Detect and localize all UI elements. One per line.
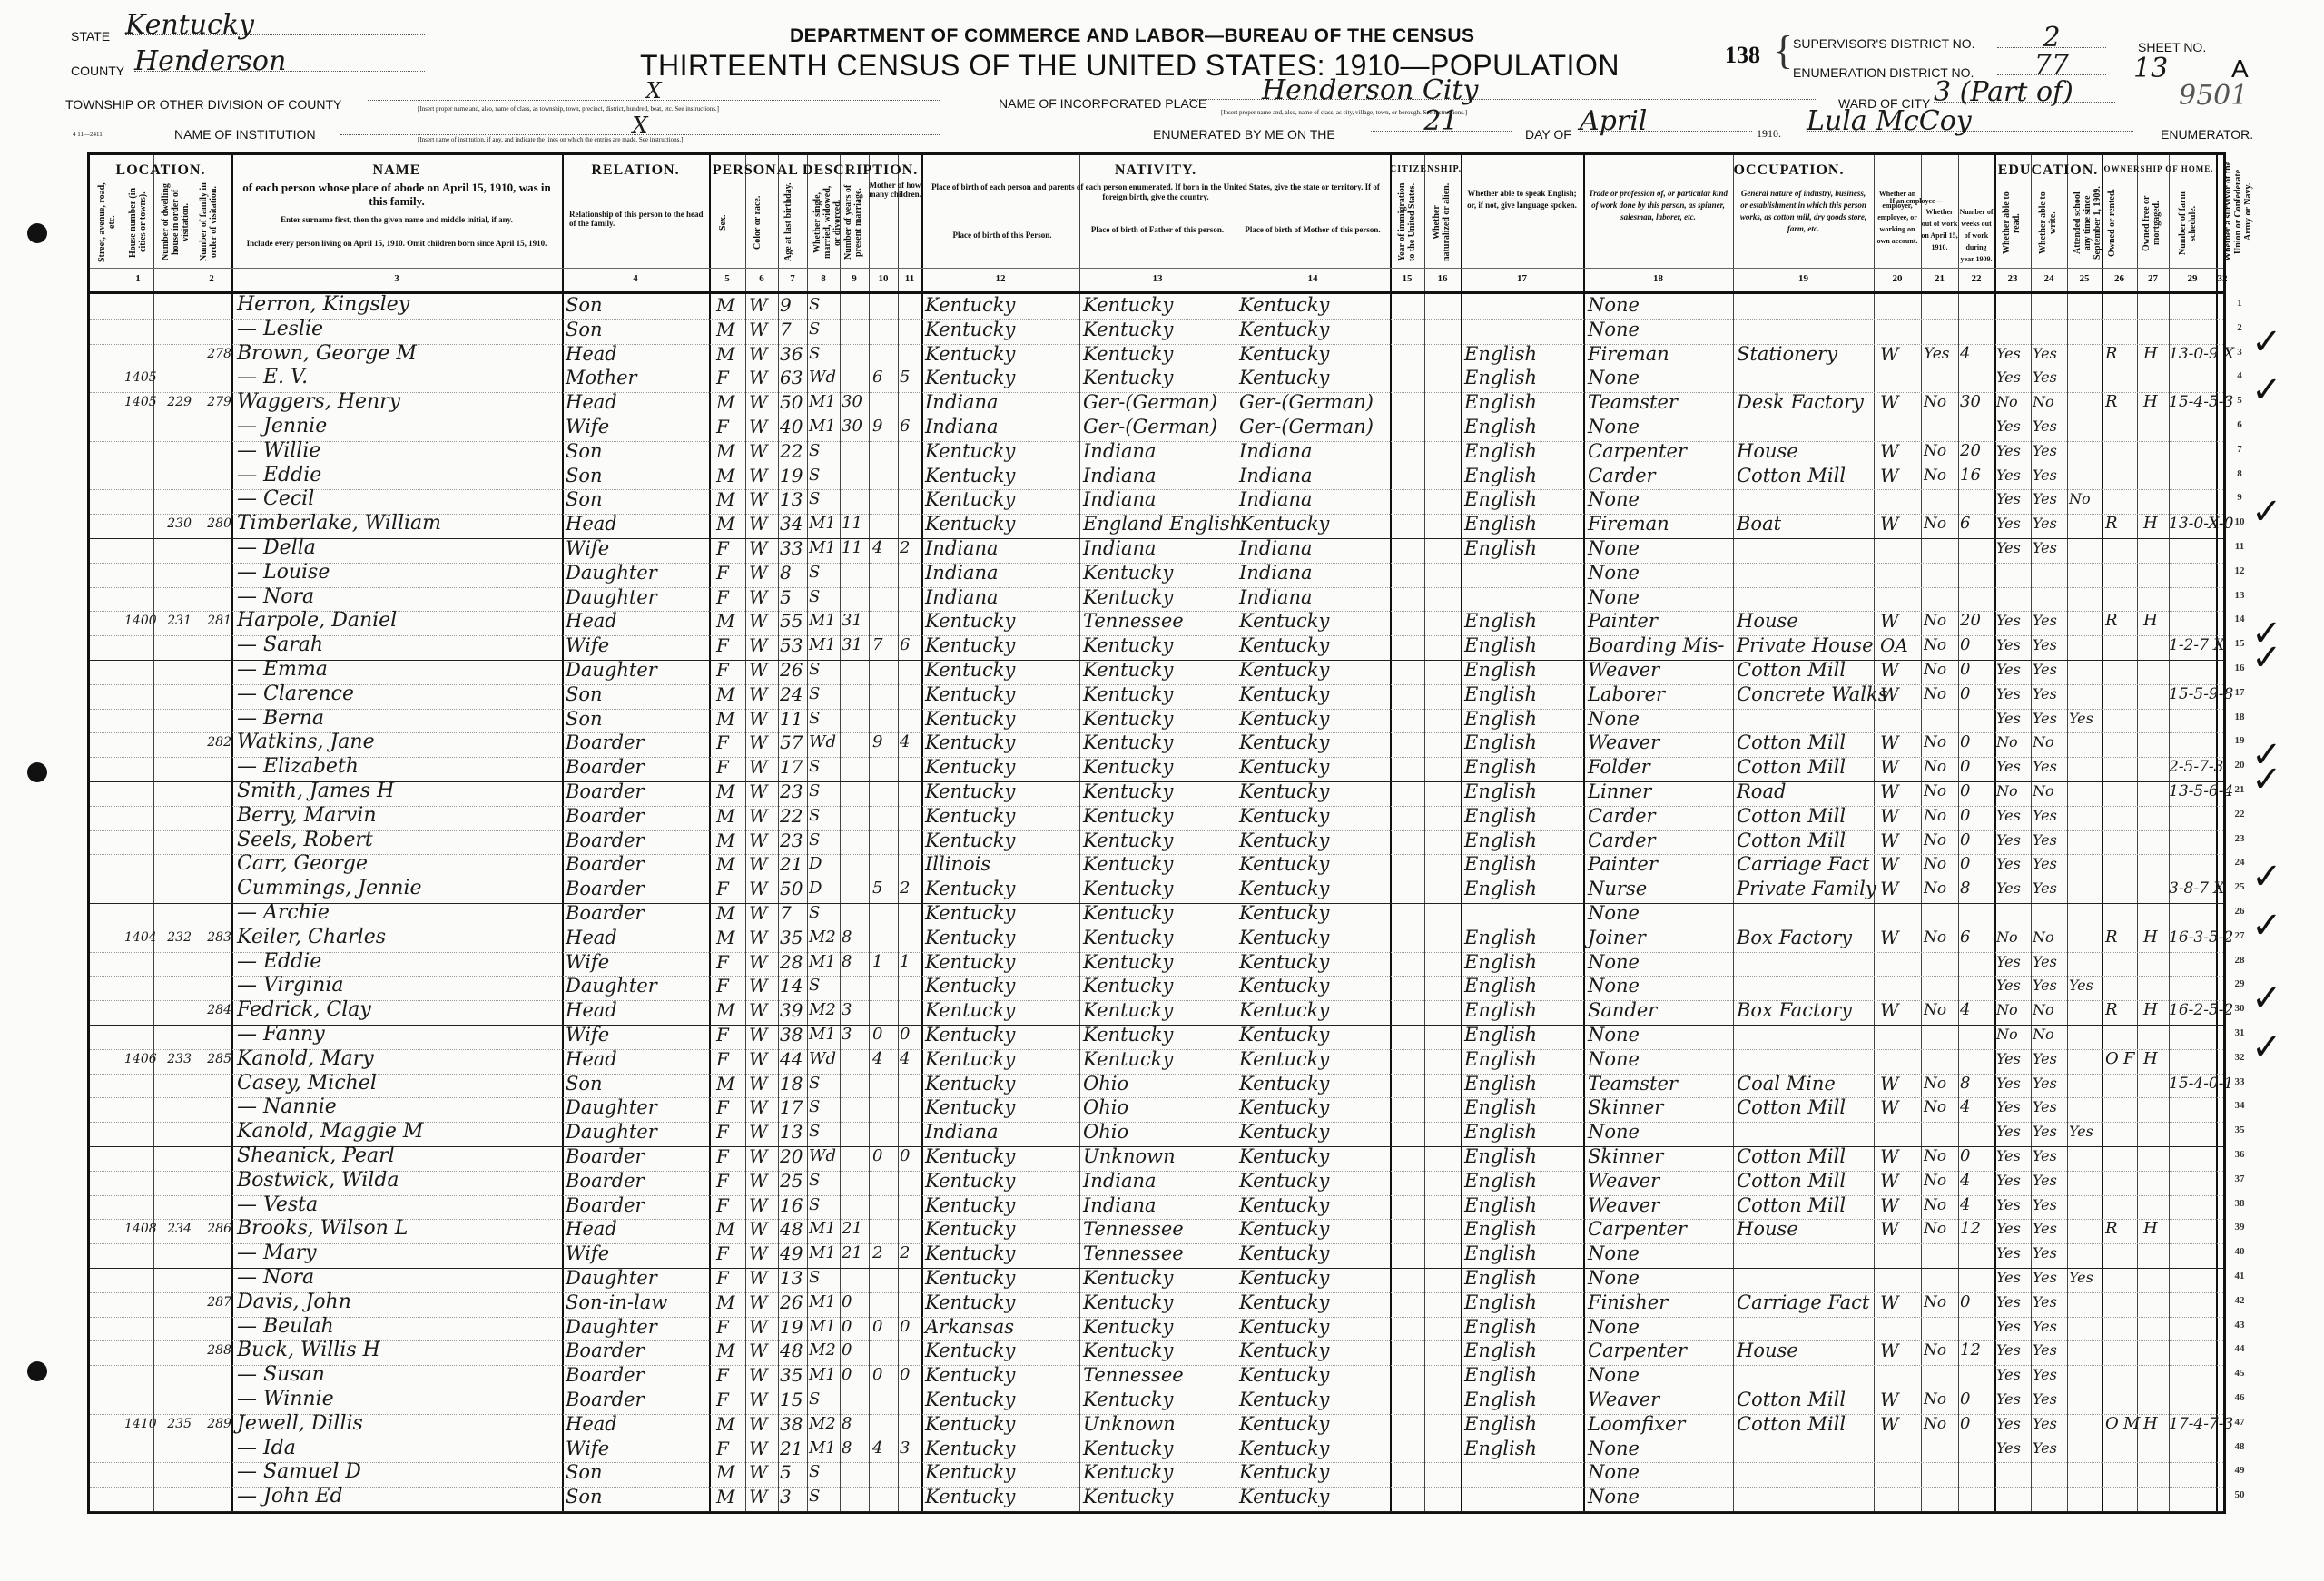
marital-status-cell: D	[809, 877, 838, 900]
day-of-label: DAY OF	[1525, 127, 1571, 142]
relation-cell: Wife	[566, 1437, 707, 1460]
father-birthplace-cell: Unknown	[1083, 1144, 1236, 1168]
employer-cell: W	[1880, 1169, 1920, 1193]
place-label: NAME OF INCORPORATED PLACE	[999, 96, 1206, 111]
check-mark-icon: ✓	[2251, 637, 2282, 679]
col9-label: Number of years of present marriage.	[843, 182, 863, 262]
read-cell: Yes	[1996, 1412, 2031, 1436]
sex-cell: M	[716, 318, 743, 341]
race-cell: W	[749, 390, 776, 414]
name-cell: — Sarah	[237, 633, 560, 657]
birthplace-cell: Indiana	[925, 390, 1079, 414]
race-cell: W	[749, 1460, 776, 1484]
write-cell: Yes	[2033, 1144, 2067, 1168]
employer-cell: W	[1880, 1193, 1920, 1217]
father-birthplace-cell: Kentucky	[1083, 852, 1236, 876]
sex-cell: F	[716, 1193, 743, 1217]
col6-label: Color or race.	[753, 182, 763, 262]
occupation-cell: Sander	[1588, 998, 1733, 1022]
write-cell: Yes	[2033, 1412, 2067, 1436]
children-living-cell: 1	[900, 950, 921, 974]
birthplace-cell: Kentucky	[925, 487, 1079, 511]
race-cell: W	[749, 950, 776, 974]
line-number: 16	[2229, 663, 2250, 673]
out-of-work-cell: No	[1924, 1095, 1958, 1119]
marital-status-cell: M1	[809, 633, 838, 657]
name-cell: — Leslie	[237, 318, 560, 341]
read-cell: Yes	[1996, 658, 2031, 682]
name-cell: — Mary	[237, 1242, 560, 1265]
weeks-out-cell: 6	[1960, 926, 1993, 949]
out-of-work-cell: No	[1924, 1193, 1958, 1217]
english-cell: English	[1464, 415, 1582, 438]
birthplace-cell: Kentucky	[925, 877, 1079, 900]
birthplace-cell: Kentucky	[925, 609, 1079, 633]
employer-cell: W	[1880, 780, 1920, 803]
age-cell: 48	[780, 1217, 807, 1241]
age-cell: 17	[780, 755, 807, 779]
line-number: 9	[2229, 492, 2250, 503]
children-born-cell: 0	[872, 1023, 896, 1046]
line-number: 29	[2229, 978, 2250, 989]
occupation-cell: Weaver	[1588, 1193, 1733, 1217]
mother-desc: Mother of how many children.	[869, 181, 921, 199]
race-cell: W	[749, 707, 776, 731]
age-cell: 22	[780, 439, 807, 463]
sex-cell: F	[716, 731, 743, 754]
line-number: 18	[2229, 712, 2250, 722]
sex-cell: M	[716, 293, 743, 317]
occupation-cell: None	[1588, 1047, 1733, 1071]
out-of-work-cell: No	[1924, 780, 1958, 803]
mother-birthplace-cell: Kentucky	[1239, 633, 1390, 657]
read-cell: No	[1996, 780, 2031, 803]
father-birthplace-cell: Kentucky	[1083, 974, 1236, 997]
years-married-cell: 21	[842, 1217, 867, 1241]
col-number: 3	[231, 273, 562, 284]
industry-cell: Cotton Mill	[1737, 1193, 1873, 1217]
line-number: 20	[2229, 760, 2250, 771]
relation-cell: Daughter	[566, 1120, 707, 1144]
industry-cell: Cotton Mill	[1737, 1412, 1873, 1436]
mother-birthplace-cell: Kentucky	[1239, 1169, 1390, 1193]
birthplace-cell: Indiana	[925, 585, 1079, 609]
age-cell: 7	[780, 901, 807, 925]
marital-status-cell: Wd	[809, 366, 838, 389]
read-cell: Yes	[1996, 755, 2031, 779]
mother-birthplace-cell: Kentucky	[1239, 829, 1390, 852]
family-number-cell: 281	[193, 609, 231, 633]
birthplace-cell: Indiana	[925, 561, 1079, 584]
name-cell: — Louise	[237, 561, 560, 584]
marital-status-cell: S	[809, 1485, 838, 1508]
birthplace-cell: Kentucky	[925, 998, 1079, 1022]
col-number: 24	[2031, 273, 2067, 284]
english-cell: English	[1464, 1169, 1582, 1193]
name-cell: — Willie	[237, 439, 560, 463]
marital-status-cell: S	[809, 585, 838, 609]
col30-label: Whether a survivor of the Union or Confe…	[2223, 161, 2253, 262]
birthplace-cell: Kentucky	[925, 1169, 1079, 1193]
race-cell: W	[749, 780, 776, 803]
col17-label: Whether able to speak English; or, if no…	[1465, 188, 1579, 211]
age-cell: 3	[780, 1485, 807, 1508]
age-cell: 20	[780, 1144, 807, 1168]
mother-birthplace-cell: Indiana	[1239, 464, 1390, 487]
write-cell: Yes	[2033, 1315, 2067, 1339]
school-cell: No	[2069, 487, 2102, 511]
institution-value: X	[340, 113, 940, 135]
mother-birthplace-cell: Kentucky	[1239, 901, 1390, 925]
mother-birthplace-cell: Indiana	[1239, 561, 1390, 584]
english-cell: English	[1464, 1072, 1582, 1095]
sex-cell: F	[716, 415, 743, 438]
mother-birthplace-cell: Ger-(German)	[1239, 390, 1390, 414]
col16-label: Whether naturalized or alien.	[1432, 182, 1452, 262]
write-cell: No	[2033, 926, 2067, 949]
sex-cell: M	[716, 342, 743, 366]
write-cell: Yes	[2033, 829, 2067, 852]
dwelling-number-cell: 234	[155, 1217, 192, 1241]
age-cell: 55	[780, 609, 807, 633]
birthplace-cell: Kentucky	[925, 1144, 1079, 1168]
birthplace-cell: Kentucky	[925, 1266, 1079, 1290]
name-cell: Harpole, Daniel	[237, 609, 560, 633]
write-cell: No	[2033, 731, 2067, 754]
line-number: 6	[2229, 419, 2250, 430]
name-cell: — Fanny	[237, 1023, 560, 1046]
write-cell: Yes	[2033, 852, 2067, 876]
sex-cell: M	[716, 439, 743, 463]
mother-birthplace-cell: Kentucky	[1239, 707, 1390, 731]
birthplace-cell: Kentucky	[925, 1072, 1079, 1095]
industry-cell: House	[1737, 1217, 1873, 1241]
occupation-cell: None	[1588, 901, 1733, 925]
age-cell: 23	[780, 829, 807, 852]
sex-cell: F	[716, 1047, 743, 1071]
family-number-cell: 278	[193, 342, 231, 366]
name-cell: — Archie	[237, 901, 560, 925]
marital-status-cell: M1	[809, 536, 838, 560]
marital-status-cell: S	[809, 804, 838, 828]
employer-cell: W	[1880, 682, 1920, 706]
birthplace-cell: Kentucky	[925, 633, 1079, 657]
relation-cell: Son	[566, 318, 707, 341]
relation-cell: Head	[566, 1217, 707, 1241]
sex-cell: F	[716, 950, 743, 974]
occupation-cell: None	[1588, 1315, 1733, 1339]
years-married-cell: 31	[842, 609, 867, 633]
col20-label: Whether an employer, employee, or workin…	[1876, 188, 1919, 247]
occupation-cell: Fireman	[1588, 342, 1733, 366]
race-cell: W	[749, 1217, 776, 1241]
name-cell: Buck, Willis H	[237, 1339, 560, 1362]
sex-cell: F	[716, 755, 743, 779]
english-cell: English	[1464, 512, 1582, 535]
years-married-cell: 31	[842, 633, 867, 657]
employer-cell: W	[1880, 998, 1920, 1022]
occupation-cell: Weaver	[1588, 1169, 1733, 1193]
family-number-cell: 279	[193, 390, 231, 414]
weeks-out-cell: 0	[1960, 1291, 1993, 1314]
age-cell: 57	[780, 731, 807, 754]
marital-status-cell: Wd	[809, 1047, 838, 1071]
father-birthplace-cell: Kentucky	[1083, 1047, 1236, 1071]
read-cell: Yes	[1996, 1437, 2031, 1460]
owned-rented-cell: R	[2105, 1217, 2132, 1241]
col-number: 23	[1994, 273, 2031, 284]
relation-cell: Son	[566, 293, 707, 317]
occupation-cell: None	[1588, 707, 1733, 731]
age-cell: 5	[780, 585, 807, 609]
father-birthplace-cell: Kentucky	[1083, 731, 1236, 754]
line-number: 49	[2229, 1465, 2250, 1476]
line-number: 42	[2229, 1295, 2250, 1306]
name-cell: — Elizabeth	[237, 755, 560, 779]
birthplace-cell: Kentucky	[925, 1023, 1079, 1046]
out-of-work-cell: No	[1924, 682, 1958, 706]
english-cell: English	[1464, 1217, 1582, 1241]
read-cell: Yes	[1996, 512, 2031, 535]
relation-cell: Daughter	[566, 1315, 707, 1339]
race-cell: W	[749, 1242, 776, 1265]
family-number-cell: 284	[193, 998, 231, 1022]
name-cell: Davis, John	[237, 1291, 560, 1314]
father-birthplace-cell: Kentucky	[1083, 658, 1236, 682]
english-cell: English	[1464, 926, 1582, 949]
occupation-cell: Carpenter	[1588, 1217, 1733, 1241]
line-number: 45	[2229, 1368, 2250, 1379]
weeks-out-cell: 0	[1960, 731, 1993, 754]
children-born-cell: 0	[872, 1315, 896, 1339]
marital-status-cell: S	[809, 342, 838, 366]
write-cell: Yes	[2033, 609, 2067, 633]
mother-birthplace-cell: Kentucky	[1239, 1144, 1390, 1168]
mother-birthplace-cell: Kentucky	[1239, 1266, 1390, 1290]
weeks-out-cell: 16	[1960, 464, 1993, 487]
enumerated-day: 21	[1371, 109, 1512, 132]
check-mark-icon: ✓	[2251, 1026, 2282, 1068]
age-cell: 26	[780, 658, 807, 682]
read-cell: No	[1996, 1023, 2031, 1046]
industry-cell: House	[1737, 439, 1873, 463]
relation-cell: Boarder	[566, 755, 707, 779]
read-cell: Yes	[1996, 1047, 2031, 1071]
age-cell: 26	[780, 1291, 807, 1314]
english-cell: English	[1464, 755, 1582, 779]
relation-cell: Son	[566, 487, 707, 511]
marital-status-cell: S	[809, 901, 838, 925]
industry-cell: Boat	[1737, 512, 1873, 535]
occupation-cell: Fireman	[1588, 512, 1733, 535]
relation-cell: Boarder	[566, 1144, 707, 1168]
age-cell: 23	[780, 780, 807, 803]
line-number: 7	[2229, 444, 2250, 455]
read-cell: Yes	[1996, 1291, 2031, 1314]
marital-status-cell: M1	[809, 1437, 838, 1460]
name-cell: — Ida	[237, 1437, 560, 1460]
english-cell: English	[1464, 1291, 1582, 1314]
write-cell: Yes	[2033, 707, 2067, 731]
read-cell: No	[1996, 731, 2031, 754]
relation-cell: Son	[566, 1072, 707, 1095]
race-cell: W	[749, 1169, 776, 1193]
race-cell: W	[749, 1437, 776, 1460]
write-cell: Yes	[2033, 512, 2067, 535]
name-cell: Cummings, Jennie	[237, 877, 560, 900]
children-living-cell: 0	[900, 1144, 921, 1168]
school-cell: Yes	[2069, 1266, 2102, 1290]
line-number: 39	[2229, 1222, 2250, 1232]
relation-cell: Boarder	[566, 1193, 707, 1217]
col1-label: House number (in cities or towns).	[128, 182, 148, 262]
occupation-cell: Carder	[1588, 804, 1733, 828]
industry-cell: Cotton Mill	[1737, 829, 1873, 852]
dwelling-number-cell: 230	[155, 512, 192, 535]
owned-rented-cell: R	[2105, 390, 2132, 414]
race-cell: W	[749, 1047, 776, 1071]
industry-cell: Cotton Mill	[1737, 804, 1873, 828]
sex-cell: F	[716, 1388, 743, 1411]
name-cell: — Beulah	[237, 1315, 560, 1339]
children-born-cell: 6	[872, 366, 896, 389]
read-cell: Yes	[1996, 1169, 2031, 1193]
line-number: 44	[2229, 1343, 2250, 1354]
col-number: 4	[562, 273, 709, 284]
race-cell: W	[749, 561, 776, 584]
age-cell: 38	[780, 1412, 807, 1436]
employer-cell: W	[1880, 390, 1920, 414]
race-cell: W	[749, 1363, 776, 1387]
weeks-out-cell: 0	[1960, 804, 1993, 828]
write-cell: Yes	[2033, 1291, 2067, 1314]
binder-hole	[27, 1361, 47, 1381]
employer-cell: W	[1880, 512, 1920, 535]
mother-birthplace-cell: Kentucky	[1239, 1095, 1390, 1119]
sex-cell: M	[716, 901, 743, 925]
birthplace-cell: Kentucky	[925, 439, 1079, 463]
sex-cell: M	[716, 1412, 743, 1436]
out-of-work-cell: No	[1924, 390, 1958, 414]
father-birthplace-cell: Kentucky	[1083, 1388, 1236, 1411]
name-cell: Casey, Michel	[237, 1072, 560, 1095]
race-cell: W	[749, 1412, 776, 1436]
state-value: Kentucky	[125, 13, 425, 35]
race-cell: W	[749, 609, 776, 633]
write-cell: Yes	[2033, 1169, 2067, 1193]
employer-cell: W	[1880, 755, 1920, 779]
line-number: 11	[2229, 541, 2250, 552]
children-born-cell: 2	[872, 1242, 896, 1265]
birthplace-cell: Kentucky	[925, 755, 1079, 779]
enumerator-name: Lula McCoy	[1807, 109, 2133, 132]
group-education: EDUCATION.	[1994, 162, 2102, 179]
race-cell: W	[749, 585, 776, 609]
line-number: 32	[2229, 1052, 2250, 1063]
marital-status-cell: M1	[809, 1023, 838, 1046]
name-cell: Kanold, Mary	[237, 1047, 560, 1071]
occupation-cell: Carder	[1588, 829, 1733, 852]
enumeration-value: 77	[1997, 53, 2106, 75]
out-of-work-cell: No	[1924, 1217, 1958, 1241]
mother-birthplace-cell: Indiana	[1239, 487, 1390, 511]
write-cell: Yes	[2033, 1242, 2067, 1265]
father-birthplace-cell: Kentucky	[1083, 633, 1236, 657]
occupation-cell: None	[1588, 366, 1733, 389]
age-cell: 63	[780, 366, 807, 389]
age-cell: 13	[780, 487, 807, 511]
nativity-desc: Place of birth of each person and parent…	[931, 182, 1381, 202]
occupation-cell: None	[1588, 293, 1733, 317]
farm-house-cell: H	[2143, 1047, 2167, 1071]
children-living-cell: 4	[900, 731, 921, 754]
children-living-cell: 6	[900, 415, 921, 438]
col-street-label: Street, avenue, road, etc.	[97, 182, 117, 262]
mother-birthplace-cell: Kentucky	[1239, 609, 1390, 633]
name-cell: — Virginia	[237, 974, 560, 997]
occupation-cell: None	[1588, 1120, 1733, 1144]
farm-house-cell: H	[2143, 998, 2167, 1022]
relation-cell: Daughter	[566, 585, 707, 609]
birthplace-cell: Indiana	[925, 1120, 1079, 1144]
children-born-cell: 1	[872, 950, 896, 974]
relation-cell: Head	[566, 512, 707, 535]
father-birthplace-cell: Indiana	[1083, 487, 1236, 511]
english-cell: English	[1464, 1242, 1582, 1265]
relation-cell: Wife	[566, 536, 707, 560]
family-number-cell: 287	[193, 1291, 231, 1314]
marital-status-cell: S	[809, 829, 838, 852]
industry-cell: House	[1737, 1339, 1873, 1362]
marital-status-cell: M1	[809, 415, 838, 438]
relation-cell: Head	[566, 926, 707, 949]
father-birthplace-cell: Indiana	[1083, 536, 1236, 560]
occupation-cell: Skinner	[1588, 1144, 1733, 1168]
write-cell: No	[2033, 390, 2067, 414]
father-birthplace-cell: Tennessee	[1083, 1242, 1236, 1265]
industry-cell: Cotton Mill	[1737, 755, 1873, 779]
line-number: 38	[2229, 1198, 2250, 1209]
english-cell: English	[1464, 1047, 1582, 1071]
years-married-cell: 3	[842, 1023, 867, 1046]
years-married-cell: 30	[842, 415, 867, 438]
industry-cell: Concrete Walks	[1737, 682, 1873, 706]
birthplace-cell: Arkansas	[925, 1315, 1079, 1339]
race-cell: W	[749, 1144, 776, 1168]
county-label: COUNTY	[71, 64, 124, 78]
weeks-out-cell: 0	[1960, 682, 1993, 706]
age-cell: 16	[780, 1193, 807, 1217]
col-number: 26	[2102, 273, 2137, 284]
line-number: 34	[2229, 1100, 2250, 1111]
employer-cell: W	[1880, 658, 1920, 682]
mother-birthplace-cell: Kentucky	[1239, 512, 1390, 535]
age-cell: 19	[780, 1315, 807, 1339]
read-cell: Yes	[1996, 609, 2031, 633]
father-birthplace-cell: Unknown	[1083, 1412, 1236, 1436]
col-number: 2	[192, 273, 231, 284]
race-cell: W	[749, 536, 776, 560]
father-birthplace-cell: Kentucky	[1083, 755, 1236, 779]
father-birthplace-cell: Kentucky	[1083, 829, 1236, 852]
industry-cell: Carriage Fact	[1737, 852, 1873, 876]
line-number: 25	[2229, 881, 2250, 892]
mother-birthplace-cell: Kentucky	[1239, 318, 1390, 341]
out-of-work-cell: No	[1924, 926, 1958, 949]
children-living-cell: 5	[900, 366, 921, 389]
race-cell: W	[749, 512, 776, 535]
father-birthplace-cell: England English	[1083, 512, 1236, 535]
